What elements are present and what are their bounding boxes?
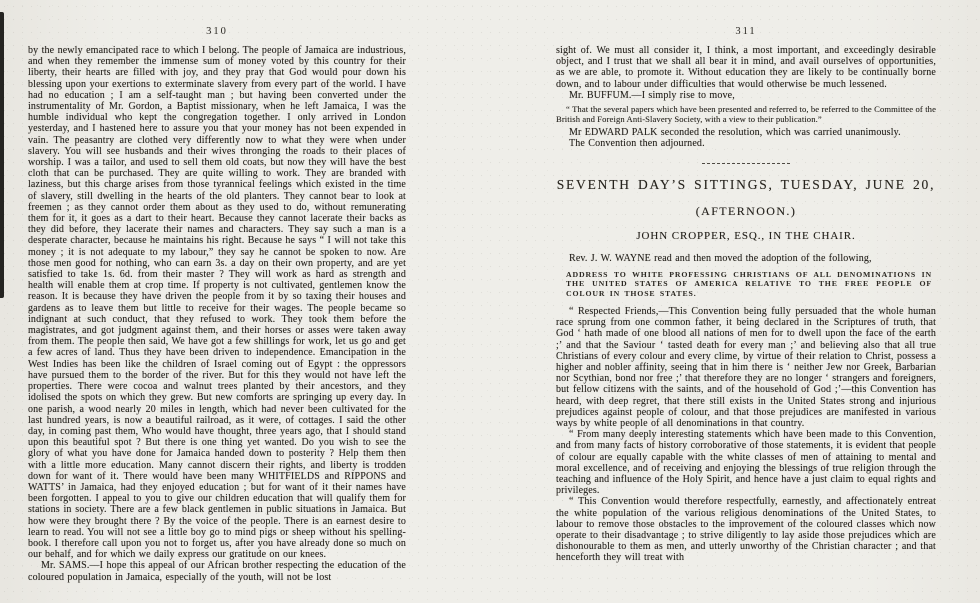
section-divider [702,163,790,164]
session-chairman-line: JOHN CROPPER, ESQ., IN THE CHAIR. [556,230,936,242]
page-310: 310 by the newly emancipated race to whi… [28,0,406,583]
sams-paragraph: Mr. SAMS.—I hope this appeal of our Afri… [28,560,406,582]
address-paragraph-2: “ From many deeply interesting statement… [556,429,936,496]
address-heading: ADDRESS TO WHITE PROFESSING CHRISTIANS O… [566,270,932,299]
palk-seconded-paragraph: Mr EDWARD PALK seconded the resolution, … [556,127,936,138]
address-paragraph-3: “ This Convention would therefore respec… [556,496,936,563]
scan-artifact-left-edge [0,12,4,298]
session-subtitle: (AFTERNOON.) [556,204,936,219]
resolution-quote: “ That the several papers which have bee… [556,104,936,124]
speech-continuation-text-right: sight of. We must all consider it, I thi… [556,45,936,90]
session-title: SEVENTH DAY’S SITTINGS, TUESDAY, JUNE 20… [556,177,936,193]
page-311: 311 sight of. We must all consider it, I… [556,0,936,564]
page-number-right: 311 [556,26,936,37]
speech-continuation-text: by the newly emancipated race to which I… [28,45,406,560]
address-paragraph-1: “ Respected Friends,—This Convention bei… [556,306,936,429]
wayne-mover-line: Rev. J. W. WAYNE read and then moved the… [556,253,936,264]
page-number-left: 310 [28,26,406,37]
adjourned-line: The Convention then adjourned. [556,138,936,149]
buffum-motion-line: Mr. BUFFUM.—I simply rise to move, [556,90,936,101]
